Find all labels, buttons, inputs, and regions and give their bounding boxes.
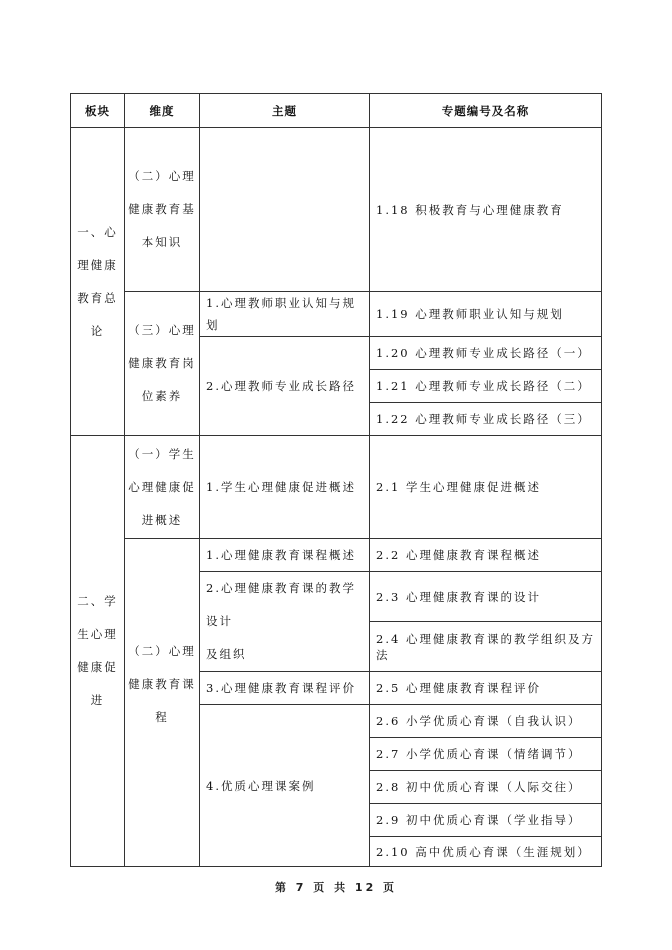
subtopic-cell: 1.21 心理教师专业成长路径（二） xyxy=(370,370,602,403)
dimension-text: （一）学生 xyxy=(125,438,199,471)
header-dimension: 维度 xyxy=(125,94,200,128)
dimension-cell: （一）学生 心理健康促 进概述 xyxy=(125,436,200,539)
header-block: 板块 xyxy=(71,94,125,128)
table-header-row: 板块 维度 主题 专题编号及名称 xyxy=(71,94,602,128)
topic-cell: 1.学生心理健康促进概述 xyxy=(200,436,370,539)
subtopic-cell: 2.4 心理健康教育课的教学组织及方法 xyxy=(370,622,602,672)
subtopic-cell: 2.1 学生心理健康促进概述 xyxy=(370,436,602,539)
topic-cell: 1.心理教师职业认知与规划 xyxy=(200,292,370,337)
block-cell-2: 二、学 生心理 健康促 进 xyxy=(71,436,125,867)
dimension-text: 程 xyxy=(125,701,199,734)
block-text: 理健康 xyxy=(71,249,124,282)
topic-text: 2.心理健康教育课的教学设计 xyxy=(206,572,369,638)
topic-text: 及组织 xyxy=(206,638,369,671)
block-text: 进 xyxy=(71,684,124,717)
dimension-text: （三）心理 xyxy=(125,314,199,347)
dimension-text: （二）心理 xyxy=(125,160,199,193)
block-cell-1: 一、心 理健康 教育总 论 xyxy=(71,128,125,436)
table-row: （二）心理 健康教育课 程 1.心理健康教育课程概述 2.2 心理健康教育课程概… xyxy=(71,539,602,572)
subtopic-cell: 2.2 心理健康教育课程概述 xyxy=(370,539,602,572)
block-text: 二、学 xyxy=(71,585,124,618)
subtopic-cell: 2.3 心理健康教育课的设计 xyxy=(370,572,602,622)
block-text: 论 xyxy=(71,315,124,348)
subtopic-cell: 2.5 心理健康教育课程评价 xyxy=(370,672,602,705)
subtopic-cell: 2.10 高中优质心育课（生涯规划） xyxy=(370,837,602,867)
table-row: 二、学 生心理 健康促 进 （一）学生 心理健康促 进概述 1.学生心理健康促进… xyxy=(71,436,602,539)
topic-cell: 4.优质心理课案例 xyxy=(200,705,370,867)
subtopic-cell: 2.7 小学优质心育课（情绪调节） xyxy=(370,738,602,771)
topic-cell-empty xyxy=(200,128,370,292)
topic-cell: 3.心理健康教育课程评价 xyxy=(200,672,370,705)
subtopic-cell: 2.6 小学优质心育课（自我认识） xyxy=(370,705,602,738)
header-subtopic: 专题编号及名称 xyxy=(370,94,602,128)
dimension-cell: （二）心理 健康教育基 本知识 xyxy=(125,128,200,292)
table-row: （三）心理 健康教育岗 位素养 1.心理教师职业认知与规划 1.19 心理教师职… xyxy=(71,292,602,337)
page-number: 第 7 页 共 12 页 xyxy=(0,879,672,895)
document-page: 板块 维度 主题 专题编号及名称 一、心 理健康 教育总 论 （二）心理 健康教… xyxy=(0,0,672,950)
dimension-text: 健康教育岗 xyxy=(125,347,199,380)
header-topic: 主题 xyxy=(200,94,370,128)
dimension-text: 进概述 xyxy=(125,504,199,537)
subtopic-cell: 2.9 初中优质心育课（学业指导） xyxy=(370,804,602,837)
dimension-cell: （二）心理 健康教育课 程 xyxy=(125,539,200,867)
topic-cell: 2.心理教师专业成长路径 xyxy=(200,337,370,436)
subtopic-cell: 1.20 心理教师专业成长路径（一） xyxy=(370,337,602,370)
block-text: 教育总 xyxy=(71,282,124,315)
subtopic-cell: 1.18 积极教育与心理健康教育 xyxy=(370,128,602,292)
block-text: 一、心 xyxy=(71,216,124,249)
dimension-text: 健康教育课 xyxy=(125,668,199,701)
topic-cell: 2.心理健康教育课的教学设计 及组织 xyxy=(200,572,370,672)
block-text: 生心理 xyxy=(71,618,124,651)
dimension-text: （二）心理 xyxy=(125,635,199,668)
curriculum-table: 板块 维度 主题 专题编号及名称 一、心 理健康 教育总 论 （二）心理 健康教… xyxy=(70,93,602,867)
dimension-text: 心理健康促 xyxy=(125,471,199,504)
table-row: 一、心 理健康 教育总 论 （二）心理 健康教育基 本知识 1.18 积极教育与… xyxy=(71,128,602,292)
subtopic-cell: 1.19 心理教师职业认知与规划 xyxy=(370,292,602,337)
dimension-text: 健康教育基 xyxy=(125,193,199,226)
dimension-text: 本知识 xyxy=(125,226,199,259)
subtopic-cell: 1.22 心理教师专业成长路径（三） xyxy=(370,403,602,436)
topic-cell: 1.心理健康教育课程概述 xyxy=(200,539,370,572)
subtopic-cell: 2.8 初中优质心育课（人际交往） xyxy=(370,771,602,804)
dimension-text: 位素养 xyxy=(125,380,199,413)
block-text: 健康促 xyxy=(71,651,124,684)
dimension-cell: （三）心理 健康教育岗 位素养 xyxy=(125,292,200,436)
